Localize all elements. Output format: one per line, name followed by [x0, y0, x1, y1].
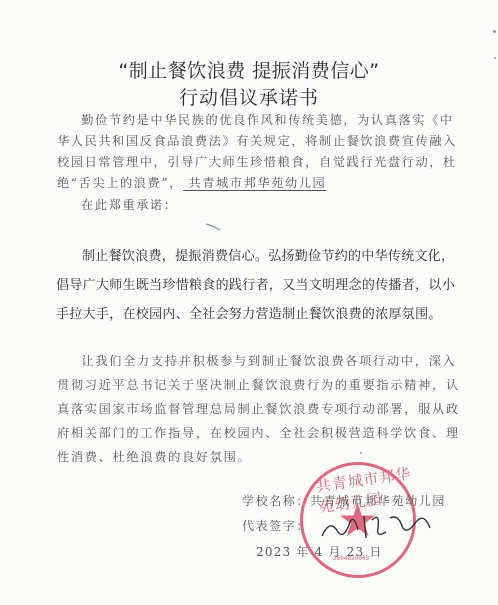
document-page: “制止餐饮浪费 提振消费信心” 行动倡议承诺书 勤俭节约是中华民族的优良作风和传…: [0, 0, 498, 605]
representative-signature-line: 代表签字：: [242, 517, 310, 534]
school-name-value: 共青城市邦华苑幼儿园: [310, 494, 446, 508]
handwritten-signature-icon: [320, 508, 440, 544]
school-name-line: 学校名称：共青城市邦华苑幼儿园: [242, 492, 446, 509]
pledge-line: 在此郑重承诺：: [81, 196, 178, 213]
paragraph-commitment: 制止餐饮浪费，提振消费信心。弘扬勤俭节约的中华传统文化，倡导广大师生既当珍惜粮食…: [56, 242, 466, 329]
document-title: “制止餐饮浪费 提振消费信心”: [0, 56, 498, 83]
paragraph-action: 让我们全力支持并积极参与到制止餐饮浪费各项行动中，深入贯彻习近平总书记关于坚决制…: [57, 349, 467, 469]
representative-label: 代表签字：: [242, 519, 310, 533]
document-subtitle: 行动倡议承诺书: [0, 83, 498, 110]
scan-speck: [494, 57, 496, 59]
underlined-school-name: 共青城市邦华苑幼儿园: [183, 176, 326, 190]
scan-speck: [360, 452, 362, 454]
signing-date: 2023 年 4 月 23 日: [256, 543, 383, 560]
school-name-label: 学校名称：: [242, 494, 310, 508]
smudge-mark-icon: [205, 223, 221, 231]
paragraph-intro: 勤俭节约是中华民族的优良作风和传统美德，为认真落实《中华人民共和国反食品浪费法》…: [57, 110, 457, 194]
scan-speck: [493, 30, 496, 33]
